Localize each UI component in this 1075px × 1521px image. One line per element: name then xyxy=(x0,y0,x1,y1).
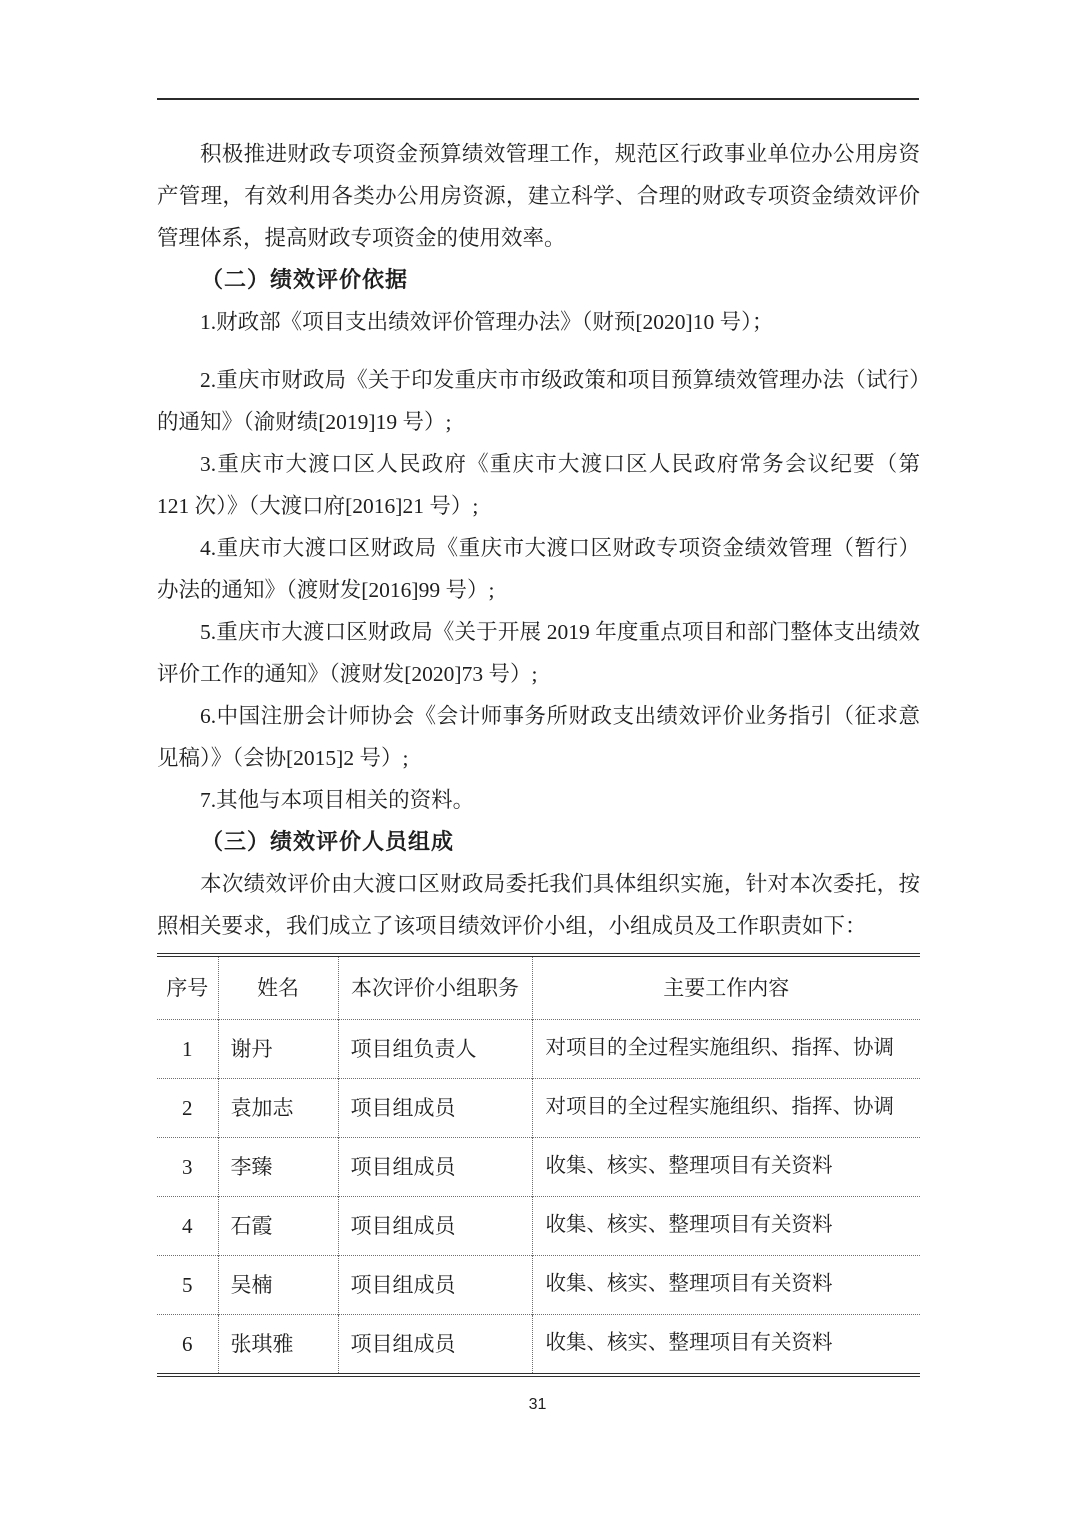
table-cell-no: 6 xyxy=(157,1315,218,1376)
table-cell-no: 2 xyxy=(157,1079,218,1138)
table-row: 4石霞项目组成员收集、核实、整理项目有关资料 xyxy=(157,1197,920,1256)
table-cell-name: 石霞 xyxy=(218,1197,338,1256)
table-cell-no: 4 xyxy=(157,1197,218,1256)
table-cell-role: 项目组成员 xyxy=(338,1138,532,1197)
table-cell-name: 吴楠 xyxy=(218,1256,338,1315)
intro-paragraph: 积极推进财政专项资金预算绩效管理工作，规范区行政事业单位办公用房资产管理，有效利… xyxy=(157,133,920,259)
table-row: 5吴楠项目组成员收集、核实、整理项目有关资料 xyxy=(157,1256,920,1315)
table-cell-duty: 收集、核实、整理项目有关资料 xyxy=(532,1256,920,1315)
table-cell-no: 3 xyxy=(157,1138,218,1197)
header-rule xyxy=(157,98,919,100)
table-header-cell: 姓名 xyxy=(218,955,338,1020)
section-heading-basis: （二）绩效评价依据 xyxy=(157,259,920,301)
basis-item: 7.其他与本项目相关的资料。 xyxy=(157,779,920,821)
section-heading-team: （三）绩效评价人员组成 xyxy=(157,821,920,863)
team-paragraph: 本次绩效评价由大渡口区财政局委托我们具体组织实施，针对本次委托，按照相关要求，我… xyxy=(157,863,920,947)
basis-item: 5.重庆市大渡口区财政局《关于开展 2019 年度重点项目和部门整体支出绩效评价… xyxy=(157,611,920,695)
table-cell-duty: 对项目的全过程实施组织、指挥、协调 xyxy=(532,1020,920,1079)
table-header-cell: 主要工作内容 xyxy=(532,955,920,1020)
basis-item: 1.财政部《项目支出绩效评价管理办法》（财预[2020]10 号）； xyxy=(157,301,920,343)
table-cell-no: 5 xyxy=(157,1256,218,1315)
table-row: 2袁加志项目组成员对项目的全过程实施组织、指挥、协调 xyxy=(157,1079,920,1138)
table-cell-no: 1 xyxy=(157,1020,218,1079)
table-cell-name: 袁加志 xyxy=(218,1079,338,1138)
table-cell-name: 李臻 xyxy=(218,1138,338,1197)
table-cell-role: 项目组负责人 xyxy=(338,1020,532,1079)
table-cell-role: 项目组成员 xyxy=(338,1256,532,1315)
table-header-cell: 序号 xyxy=(157,955,218,1020)
basis-item: 6.中国注册会计师协会《会计师事务所财政支出绩效评价业务指引（征求意见稿）》（会… xyxy=(157,695,920,779)
table-cell-duty: 收集、核实、整理项目有关资料 xyxy=(532,1197,920,1256)
table-cell-duty: 收集、核实、整理项目有关资料 xyxy=(532,1138,920,1197)
document-page: 积极推进财政专项资金预算绩效管理工作，规范区行政事业单位办公用房资产管理，有效利… xyxy=(0,0,1075,1521)
evaluation-team-table: 序号姓名本次评价小组职务主要工作内容 1谢丹项目组负责人对项目的全过程实施组织、… xyxy=(157,953,920,1377)
table-cell-role: 项目组成员 xyxy=(338,1197,532,1256)
basis-item: 2.重庆市财政局《关于印发重庆市市级政策和项目预算绩效管理办法（试行）的通知》（… xyxy=(157,359,920,443)
table-cell-duty: 对项目的全过程实施组织、指挥、协调 xyxy=(532,1079,920,1138)
table-cell-name: 张琪雅 xyxy=(218,1315,338,1376)
page-number: 31 xyxy=(0,1396,1075,1414)
basis-item: 4.重庆市大渡口区财政局《重庆市大渡口区财政专项资金绩效管理（暂行）办法的通知》… xyxy=(157,527,920,611)
page-content: 积极推进财政专项资金预算绩效管理工作，规范区行政事业单位办公用房资产管理，有效利… xyxy=(157,133,920,1377)
table-cell-name: 谢丹 xyxy=(218,1020,338,1079)
table-header-cell: 本次评价小组职务 xyxy=(338,955,532,1020)
table-row: 3李臻项目组成员收集、核实、整理项目有关资料 xyxy=(157,1138,920,1197)
table-cell-role: 项目组成员 xyxy=(338,1315,532,1376)
basis-item: 3.重庆市大渡口区人民政府《重庆市大渡口区人民政府常务会议纪要（第 121 次）… xyxy=(157,443,920,527)
table-cell-role: 项目组成员 xyxy=(338,1079,532,1138)
table-row: 1谢丹项目组负责人对项目的全过程实施组织、指挥、协调 xyxy=(157,1020,920,1079)
table-header-row: 序号姓名本次评价小组职务主要工作内容 xyxy=(157,955,920,1020)
table-cell-duty: 收集、核实、整理项目有关资料 xyxy=(532,1315,920,1376)
basis-list: 1.财政部《项目支出绩效评价管理办法》（财预[2020]10 号）；2.重庆市财… xyxy=(157,301,920,821)
table-row: 6张琪雅项目组成员收集、核实、整理项目有关资料 xyxy=(157,1315,920,1376)
